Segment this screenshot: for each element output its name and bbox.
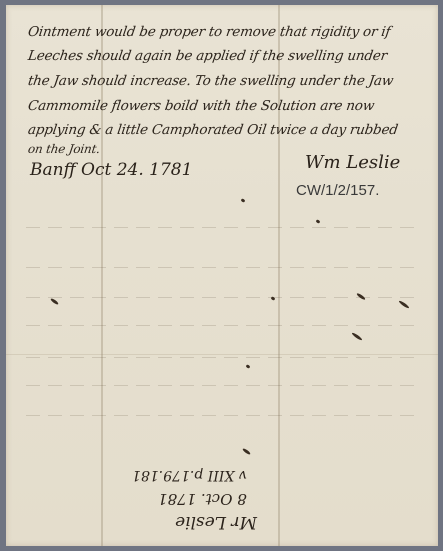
letter-line-2: Leeches should again be applied if the s…: [27, 48, 388, 64]
endorsement-name: Mr Leslie: [175, 512, 257, 532]
ink-bleed-through: [26, 385, 418, 386]
ink-blot: [398, 300, 410, 309]
ink-bleed-through: [26, 267, 418, 268]
ink-blot: [50, 298, 59, 306]
letter-line-4: Cammomile flowers boild with the Solutio…: [27, 98, 375, 114]
letter-line-6: on the Joint.: [27, 142, 101, 156]
fold-crease-horizontal: [6, 354, 438, 355]
place-date: Banff Oct 24. 1781: [30, 160, 192, 180]
endorsement-date: 8 Oct. 1781: [158, 490, 247, 508]
endorsement-volume: v XIII p.179.181: [132, 467, 247, 483]
archive-reference: CW/1/2/157.: [296, 182, 379, 199]
ink-bleed-through: [26, 415, 418, 416]
ink-blot: [242, 448, 251, 456]
ink-bleed-through: [26, 325, 418, 326]
ink-blot: [246, 364, 251, 369]
letter-line-3: the Jaw should increase. To the swelling…: [27, 73, 394, 89]
letter-line-5: applying & a little Camphorated Oil twic…: [27, 122, 399, 138]
ink-blot: [241, 198, 246, 203]
letter-line-1: Ointment would be proper to remove that …: [27, 24, 392, 40]
ink-bleed-through: [26, 227, 418, 228]
ink-blot: [351, 332, 363, 341]
ink-blot: [316, 219, 321, 224]
signature: Wm Leslie: [305, 152, 400, 173]
ink-bleed-through: [26, 357, 418, 358]
ink-blot: [356, 292, 366, 300]
